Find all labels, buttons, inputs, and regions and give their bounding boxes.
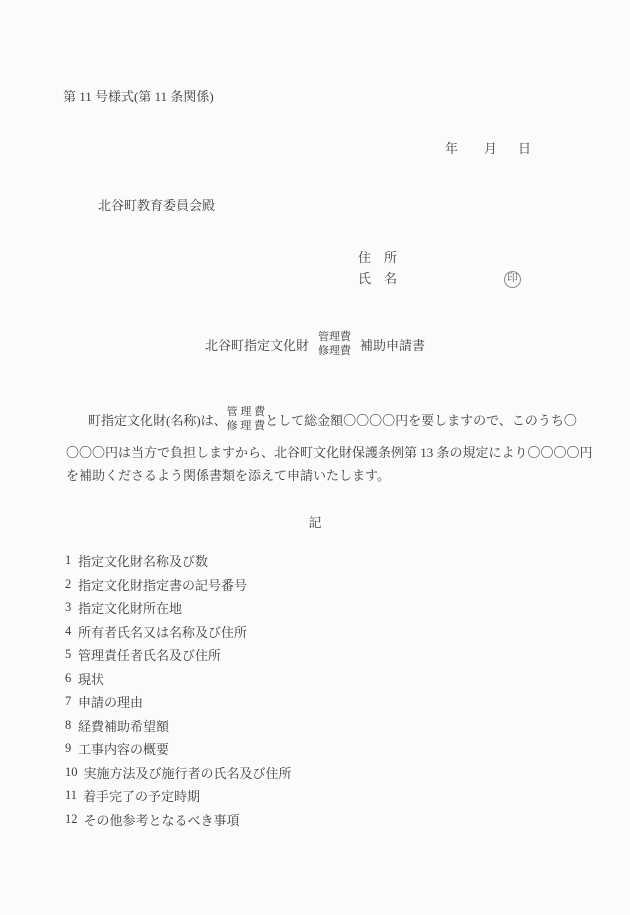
list-item: 7 申請の理由 <box>65 690 605 714</box>
record-heading: 記 <box>0 512 630 531</box>
item-label: 工事内容の概要 <box>78 739 169 758</box>
list-item: 12 その他参考となるべき事項 <box>65 808 605 832</box>
addressee: 北谷町教育委員会殿 <box>98 195 215 214</box>
item-number: 5 <box>65 647 72 662</box>
document-title: 北谷町指定文化財 管理費 修理費 補助申請書 <box>0 327 630 361</box>
title-suffix: 補助申請書 <box>360 335 425 354</box>
list-item: 6 現状 <box>65 667 605 691</box>
list-item: 3 指定文化財所在地 <box>65 596 605 620</box>
list-item: 2 指定文化財指定書の記号番号 <box>65 573 605 597</box>
item-label: 指定文化財指定書の記号番号 <box>78 575 247 594</box>
month-label: 月 <box>484 141 497 156</box>
item-label: 指定文化財名称及び数 <box>78 551 208 570</box>
item-number: 10 <box>65 765 78 780</box>
submitter-block: 住 所 氏 名 印 <box>358 247 548 289</box>
item-list: 1 指定文化財名称及び数 2 指定文化財指定書の記号番号 3 指定文化財所在地 … <box>65 549 605 831</box>
item-number: 7 <box>65 694 72 709</box>
title-fee-bottom: 修理費 <box>318 344 351 359</box>
body-fee-top: 管 理 費 <box>227 405 266 420</box>
body-line1-pre: 町指定文化財(名称)は、 <box>88 410 227 429</box>
address-label: 住 所 <box>358 247 548 268</box>
list-item: 5 管理責任者氏名及び住所 <box>65 643 605 667</box>
item-number: 2 <box>65 577 72 592</box>
item-label: 指定文化財所在地 <box>78 598 182 617</box>
body-fee-bottom: 修 理 費 <box>227 419 266 434</box>
year-label: 年 <box>445 141 458 156</box>
body-line1-post: として総金額〇〇〇〇円を要しますので、このうち〇 <box>265 410 577 429</box>
body-paragraph-line2: 〇〇〇円は当方で負担しますから、北谷町文化財保護条例第 13 条の規定により〇〇… <box>66 442 593 461</box>
seal-mark: 印 <box>504 271 521 288</box>
item-number: 11 <box>65 788 77 803</box>
list-item: 1 指定文化財名称及び数 <box>65 549 605 573</box>
item-number: 4 <box>65 624 72 639</box>
item-number: 9 <box>65 741 72 756</box>
item-label: 実施方法及び施行者の氏名及び住所 <box>84 763 292 782</box>
item-label: 申請の理由 <box>78 692 143 711</box>
list-item: 4 所有者氏名又は名称及び住所 <box>65 620 605 644</box>
title-prefix: 北谷町指定文化財 <box>205 335 309 354</box>
list-item: 10 実施方法及び施行者の氏名及び住所 <box>65 761 605 785</box>
title-fee-stack: 管理費 修理費 <box>318 330 351 359</box>
item-number: 3 <box>65 600 72 615</box>
item-label: 管理責任者氏名及び住所 <box>78 645 221 664</box>
body-paragraph-line3: を補助くださるよう関係書類を添えて申請いたします。 <box>66 465 390 484</box>
list-item: 11 着手完了の予定時期 <box>65 784 605 808</box>
list-item: 9 工事内容の概要 <box>65 737 605 761</box>
item-number: 6 <box>65 671 72 686</box>
document-page: 第 11 号様式(第 11 条関係) 年月日 北谷町教育委員会殿 住 所 氏 名… <box>0 0 630 915</box>
item-number: 8 <box>65 718 72 733</box>
title-fee-top: 管理費 <box>318 330 351 345</box>
list-item: 8 経費補助希望額 <box>65 714 605 738</box>
item-label: 所有者氏名又は名称及び住所 <box>78 622 247 641</box>
form-number: 第 11 号様式(第 11 条関係) <box>63 86 214 105</box>
body-fee-stack: 管 理 費 修 理 費 <box>227 405 266 434</box>
day-label: 日 <box>518 141 531 156</box>
item-label: その他参考となるべき事項 <box>84 810 240 829</box>
date-line: 年月日 <box>445 138 531 157</box>
item-label: 現状 <box>78 669 104 688</box>
item-number: 1 <box>65 553 72 568</box>
item-label: 経費補助希望額 <box>78 716 169 735</box>
item-label: 着手完了の予定時期 <box>83 786 200 805</box>
body-paragraph-line1: 町指定文化財(名称)は、 管 理 費 修 理 費 として総金額〇〇〇〇円を要しま… <box>66 402 628 436</box>
item-number: 12 <box>65 812 78 827</box>
